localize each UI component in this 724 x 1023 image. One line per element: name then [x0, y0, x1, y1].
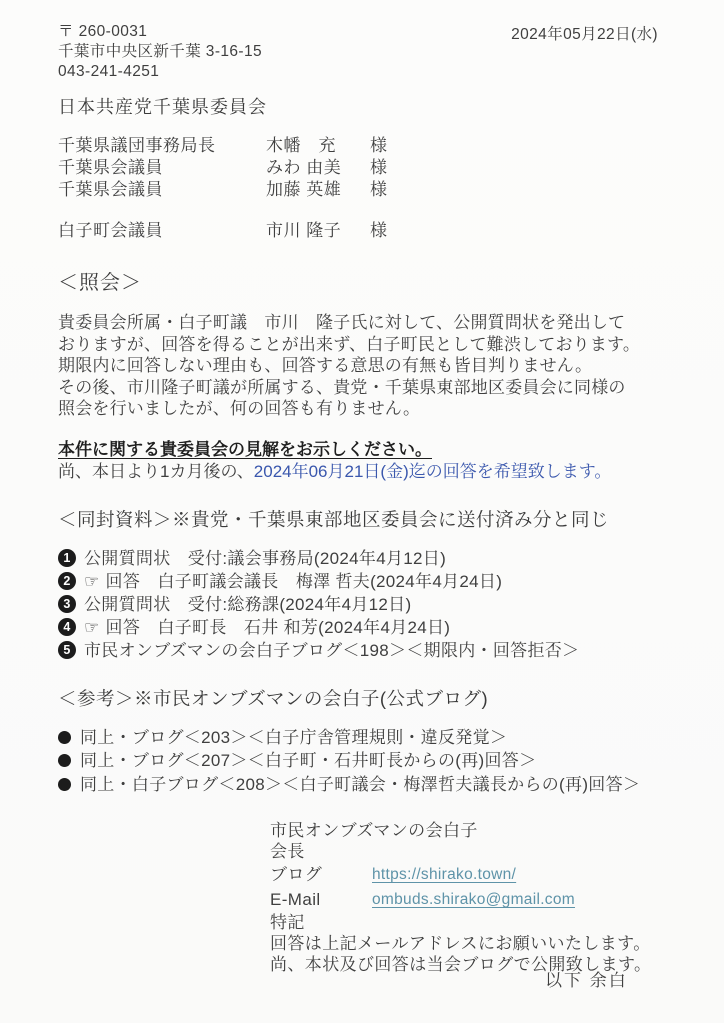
recipient-name: 加藤 英雄	[266, 179, 370, 201]
enclosure-list: 1 公開質問状 受付:議会事務局(2024年4月12日) 2 ☞ 回答 白子町議…	[58, 547, 684, 662]
inquiry-body-line: おりますが、回答を得ることが出来ず、白子町民として難渋しております。	[58, 334, 684, 356]
recipient-row: 千葉県会議員 加藤 英雄 様	[58, 179, 684, 201]
inquiry-body-line: 貴委員会所属・白子町議 市川 隆子氏に対して、公開質問状を発出して	[58, 312, 684, 334]
blog-link[interactable]: https://shirako.town/	[372, 862, 516, 887]
inquiry-body-line: 照会を行いましたが、何の回答も有りません。	[58, 398, 684, 420]
filled-circle-number-icon: 3	[58, 595, 76, 613]
pointing-hand-icon: ☞	[84, 570, 100, 593]
reference-item: 同上・ブログ＜207＞＜白子町・石井町長からの(再)回答＞	[58, 749, 684, 773]
filled-circle-number-icon: 2	[58, 572, 76, 590]
enclosure-item: 2 ☞ 回答 白子町議会議長 梅澤 哲夫(2024年4月24日)	[58, 570, 684, 593]
signature-email-row: E-Mail ombuds.shirako@gmail.com	[270, 887, 684, 912]
inquiry-body-paragraph: 貴委員会所属・白子町議 市川 隆子氏に対して、公開質問状を発出して おりますが、…	[58, 312, 684, 420]
signature-role: 会長	[270, 841, 684, 862]
enclosure-item-text: 公開質問状 受付:総務課(2024年4月12日)	[84, 593, 411, 616]
bullet-icon	[58, 754, 71, 767]
recipient-row: 千葉県議団事務局長 木幡 充 様	[58, 135, 684, 157]
email-link[interactable]: ombuds.shirako@gmail.com	[372, 887, 575, 912]
recipient-title: 千葉県会議員	[58, 157, 266, 179]
signature-block: 市民オンブズマンの会白子 会長 ブログ https://shirako.town…	[270, 820, 684, 975]
filled-circle-number-icon: 4	[58, 618, 76, 636]
request-statement-text: 本件に関する貴委員会の見解をお示しください。	[58, 440, 432, 459]
recipient-honorific: 様	[370, 135, 388, 157]
recipient-name: 市川 隆子	[266, 220, 370, 242]
recipient-honorific: 様	[370, 220, 388, 242]
request-statement: 本件に関する貴委員会の見解をお示しください。	[58, 435, 684, 460]
signature-note-label: 特記	[270, 912, 684, 933]
recipient-list: 千葉県議団事務局長 木幡 充 様 千葉県会議員 みわ 由美 様 千葉県会議員 加…	[58, 135, 684, 242]
filled-circle-number-icon: 1	[58, 549, 76, 567]
sender-phone: 043-241-4251	[58, 62, 262, 82]
recipient-honorific: 様	[370, 157, 388, 179]
letter-header: 〒 260-0031 千葉市中央区新千葉 3-16-15 043-241-425…	[58, 22, 684, 82]
inquiry-body-line: 期限内に回答しない理由も、回答する意思の有無も皆目判りません。	[58, 355, 684, 377]
email-label: E-Mail	[270, 887, 372, 912]
recipient-name: 木幡 充	[266, 135, 370, 157]
enclosure-item: 1 公開質問状 受付:議会事務局(2024年4月12日)	[58, 547, 684, 570]
pointing-hand-icon: ☞	[84, 616, 100, 639]
bullet-icon	[58, 731, 71, 744]
blog-label: ブログ	[270, 862, 372, 887]
filled-circle-number-icon: 5	[58, 641, 76, 659]
closing-remark: 以下 余白	[545, 966, 628, 991]
letter-page: 〒 260-0031 千葉市中央区新千葉 3-16-15 043-241-425…	[0, 0, 724, 1023]
recipient-name: みわ 由美	[266, 157, 370, 179]
reference-item-text: 同上・ブログ＜203＞＜白子庁舎管理規則・違反発覚＞	[80, 726, 507, 750]
deadline-prefix: 尚、本日より1カ月後の、	[58, 462, 254, 481]
reference-item: 同上・白子ブログ＜208＞＜白子町議会・梅澤哲夫議長からの(再)回答＞	[58, 773, 684, 797]
enclosure-item-text: 市民オンブズマンの会白子ブログ＜198＞＜期限内・回答拒否＞	[84, 639, 579, 662]
reference-item-text: 同上・ブログ＜207＞＜白子町・石井町長からの(再)回答＞	[80, 749, 536, 773]
enclosure-item: 3 公開質問状 受付:総務課(2024年4月12日)	[58, 593, 684, 616]
bullet-icon	[58, 778, 71, 791]
sender-postal-code: 〒 260-0031	[58, 22, 262, 42]
addressee-organization: 日本共産党千葉県委員会	[58, 93, 684, 119]
enclosures-heading: ＜同封資料＞※貴党・千葉県東部地区委員会に送付済み分と同じ	[58, 506, 684, 532]
inquiry-body-line: その後、市川隆子町議が所属する、貴党・千葉県東部地区委員会に同様の	[58, 377, 684, 399]
enclosure-item: 5 市民オンブズマンの会白子ブログ＜198＞＜期限内・回答拒否＞	[58, 639, 684, 662]
recipient-title: 白子町会議員	[58, 220, 266, 242]
enclosure-item: 4 ☞ 回答 白子町長 石井 和芳(2024年4月24日)	[58, 616, 684, 639]
deadline-statement: 尚、本日より1カ月後の、2024年06月21日(金)迄の回答を希望致します。	[58, 461, 684, 483]
sender-address: 千葉市中央区新千葉 3-16-15	[58, 42, 262, 62]
reference-item-text: 同上・白子ブログ＜208＞＜白子町議会・梅澤哲夫議長からの(再)回答＞	[80, 773, 640, 797]
inquiry-section-heading: ＜照会＞	[58, 266, 684, 295]
recipient-title: 千葉県会議員	[58, 179, 266, 201]
enclosure-item-text: 回答 白子町議会議長 梅澤 哲夫(2024年4月24日)	[106, 570, 503, 593]
recipient-row: 千葉県会議員 みわ 由美 様	[58, 157, 684, 179]
signature-note-line: 回答は上記メールアドレスにお願いいたします。	[270, 933, 684, 954]
enclosure-item-text: 公開質問状 受付:議会事務局(2024年4月12日)	[84, 547, 446, 570]
recipient-title: 千葉県議団事務局長	[58, 135, 266, 157]
enclosure-item-text: 回答 白子町長 石井 和芳(2024年4月24日)	[106, 616, 451, 639]
signature-blog-row: ブログ https://shirako.town/	[270, 862, 684, 887]
recipient-row: 白子町会議員 市川 隆子 様	[58, 220, 684, 242]
signature-organization: 市民オンブズマンの会白子	[270, 820, 684, 841]
deadline-date-highlight: 2024年06月21日(金)迄の回答を希望致します。	[254, 462, 612, 481]
reference-heading: ＜参考＞※市民オンブズマンの会白子(公式ブログ)	[58, 685, 684, 711]
letter-date: 2024年05月22日(水)	[511, 22, 658, 44]
recipient-honorific: 様	[370, 179, 388, 201]
sender-block: 〒 260-0031 千葉市中央区新千葉 3-16-15 043-241-425…	[58, 22, 262, 82]
reference-list: 同上・ブログ＜203＞＜白子庁舎管理規則・違反発覚＞ 同上・ブログ＜207＞＜白…	[58, 726, 684, 797]
reference-item: 同上・ブログ＜203＞＜白子庁舎管理規則・違反発覚＞	[58, 726, 684, 750]
